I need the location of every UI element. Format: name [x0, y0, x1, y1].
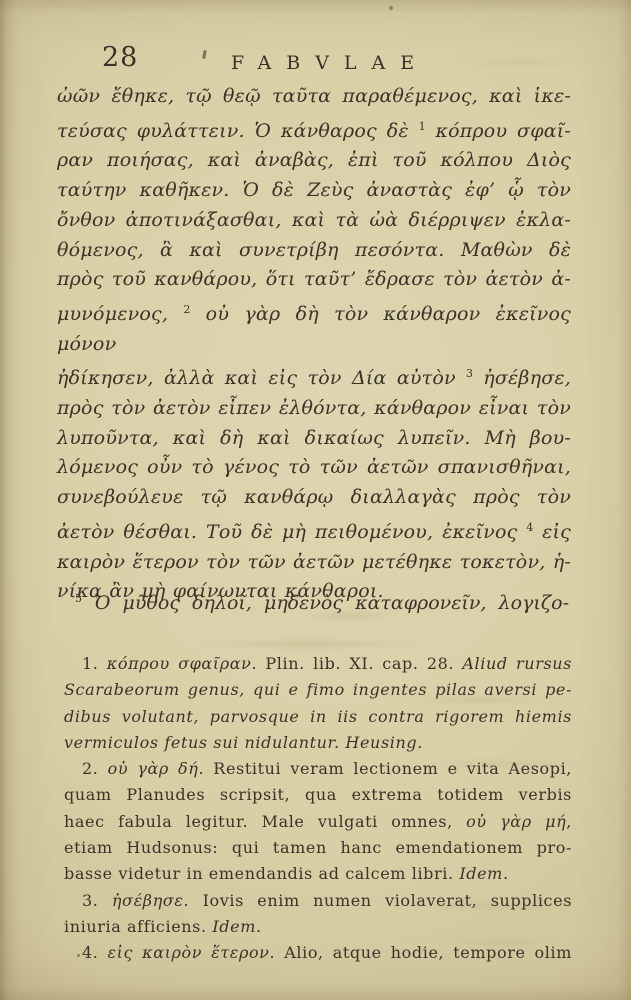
- text-line: πρὸς τοῦ κανθάρου, ὅτι ταῦτ’ ἔδρασε τὸν …: [57, 265, 571, 295]
- text-segment: Idem: [212, 917, 256, 936]
- text-segment: κόπρου σφαῖραν: [107, 654, 252, 673]
- text-segment: πρὸς τοῦ κανθάρου, ὅτι ταῦτ’ ἔδρασε τὸν …: [57, 268, 571, 290]
- text-segment: μυνόμενος,: [57, 303, 183, 325]
- text-segment: ,: [566, 812, 572, 831]
- footnote-reference-number: 3: [466, 367, 473, 380]
- text-segment: ἀετὸν θέσθαι. Τοῦ δὲ μὴ πειθομένου, ἐκεῖ…: [57, 521, 526, 543]
- text-segment: etiam Hudsonus: qui tamen hanc emendatio…: [64, 838, 572, 857]
- text-line: πρὸς τὸν ἀετὸν εἶπεν ἐλθόντα, κάνθαρον ε…: [57, 394, 571, 424]
- text-segment: πρὸς τὸν ἀετὸν εἶπεν ἐλθόντα, κάνθαρον ε…: [57, 397, 571, 419]
- text-segment: dibus volutant, parvosque in iis contra …: [64, 707, 572, 726]
- footnote: 2. οὐ γὰρ δή. Restitui veram lectionem e…: [64, 756, 572, 887]
- text-segment: iniuria afficiens.: [64, 917, 212, 936]
- text-line: haec fabula legitur. Male vulgati omnes,…: [64, 809, 572, 835]
- footnotes: 1. κόπρου σφαῖραν. Plin. lib. XI. cap. 2…: [64, 651, 572, 967]
- text-line: λυποῦντα, καὶ δὴ καὶ δικαίως λυπεῖν. Μὴ …: [57, 424, 571, 454]
- text-segment: . Restitui veram lectionem e vita Aesopi…: [198, 759, 572, 778]
- footnote: 4. εἰς καιρὸν ἕτερον. Alio, atque hodie,…: [64, 940, 572, 966]
- text-line: etiam Hudsonus: qui tamen hanc emendatio…: [64, 835, 572, 861]
- text-segment: . Plin. lib. XI. cap. 28.: [251, 654, 462, 673]
- text-line: ὄνθον ἀποτινάξασθαι, καὶ τὰ ὠὰ διέρριψεν…: [57, 206, 571, 236]
- text-segment: Ὁ μῦθος δηλοῖ, μηδενὸς καταφρονεῖν, λογι…: [82, 592, 569, 614]
- text-line: λόμενος οὖν τὸ γένος τὸ τῶν ἀετῶν σπανισ…: [57, 453, 571, 483]
- text-segment: ταύτην καθῆκεν. Ὁ δὲ Ζεὺς ἀναστὰς ἐφ’ ᾧ …: [57, 179, 571, 201]
- text-line: ἀετὸν θέσθαι. Τοῦ δὲ μὴ πειθομένου, ἐκεῖ…: [57, 513, 571, 548]
- text-line: 2. οὐ γὰρ δή. Restitui veram lectionem e…: [64, 756, 572, 782]
- text-segment: οὐ γὰρ μή: [466, 812, 566, 831]
- text-segment: haec fabula legitur. Male vulgati omnes,: [64, 812, 466, 831]
- ink-speck: [389, 6, 393, 10]
- text-segment: . Iovis enim numen violaverat, supplices: [184, 891, 573, 910]
- text-segment: ἠσέβησε: [112, 891, 184, 910]
- text-line: ἠδίκησεν, ἀλλὰ καὶ εἰς τὸν Δία αὐτὸν 3 ἠ…: [57, 359, 571, 394]
- scanned-book-page: { "page": { "number": "28", "running_tit…: [0, 0, 631, 1000]
- page-number: 28: [102, 42, 138, 73]
- text-line: iniuria afficiens. Idem.: [64, 914, 572, 940]
- text-segment: ἠδίκησεν, ἀλλὰ καὶ εἰς τὸν Δία αὐτὸν: [57, 367, 466, 389]
- text-line: ραν ποιήσας, καὶ ἀναβὰς, ἐπὶ τοῦ κόλπου …: [57, 146, 571, 176]
- text-segment: συνεβούλευε τῷ κανθάρῳ διαλλαγὰς πρὸς τὸ…: [57, 486, 571, 508]
- running-title: FABVLAE: [231, 52, 429, 74]
- text-line: καιρὸν ἕτερον τὸν τῶν ἀετῶν μετέθηκε τοκ…: [57, 548, 571, 578]
- text-segment: 1.: [82, 654, 107, 673]
- text-segment: τεύσας φυλάττειν. Ὁ κάνθαρος δὲ: [57, 120, 419, 142]
- text-line: 1. κόπρου σφαῖραν. Plin. lib. XI. cap. 2…: [64, 651, 572, 677]
- text-segment: ἠσέβησε,: [473, 367, 571, 389]
- text-segment: ὠῶν ἔθηκε, τῷ θεῷ ταῦτα παραθέμενος, καὶ…: [57, 85, 571, 107]
- text-segment: εἰς: [533, 521, 571, 543]
- text-line: θόμενος, ἃ καὶ συνετρίβη πεσόντα. Μαθὼν …: [57, 236, 571, 266]
- text-segment: Idem: [459, 864, 503, 883]
- text-line: 5 Ὁ μῦθος δηλοῖ, μηδενὸς καταφρονεῖν, λο…: [57, 584, 569, 619]
- text-segment: θόμενος, ἃ καὶ συνετρίβη πεσόντα. Μαθὼν …: [57, 239, 571, 261]
- text-segment: 3.: [82, 891, 112, 910]
- text-segment: basse videtur in emendandis ad calcem li…: [64, 864, 459, 883]
- text-segment: λυποῦντα, καὶ δὴ καὶ δικαίως λυπεῖν. Μὴ …: [57, 427, 571, 449]
- moral-text: 5 Ὁ μῦθος δηλοῖ, μηδενὸς καταφρονεῖν, λο…: [57, 584, 569, 619]
- text-segment: λόμενος οὖν τὸ γένος τὸ τῶν ἀετῶν σπανισ…: [57, 456, 571, 478]
- text-segment: Aliud rursus: [462, 654, 572, 673]
- text-line: τεύσας φυλάττειν. Ὁ κάνθαρος δὲ 1 κόπρου…: [57, 112, 571, 147]
- text-line: Scarabeorum genus, qui e fimo ingentes p…: [64, 677, 572, 703]
- footnote: 1. κόπρου σφαῖραν. Plin. lib. XI. cap. 2…: [64, 651, 572, 756]
- text-line: 3. ἠσέβησε. Iovis enim numen violaverat,…: [64, 888, 572, 914]
- text-segment: ὄνθον ἀποτινάξασθαι, καὶ τὰ ὠὰ διέρριψεν…: [57, 209, 571, 231]
- text-line: dibus volutant, parvosque in iis contra …: [64, 704, 572, 730]
- text-segment: .: [503, 864, 509, 883]
- fable-text: ὠῶν ἔθηκε, τῷ θεῷ ταῦτα παραθέμενος, καὶ…: [57, 82, 571, 607]
- text-line: ταύτην καθῆκεν. Ὁ δὲ Ζεὺς ἀναστὰς ἐφ’ ᾧ …: [57, 176, 571, 206]
- footnote: 3. ἠσέβησε. Iovis enim numen violaverat,…: [64, 888, 572, 941]
- text-line: vermiculos fetus sui nidulantur. Heusing…: [64, 730, 572, 756]
- footnote-reference-number: 1: [419, 120, 426, 133]
- text-segment: Scarabeorum genus, qui e fimo ingentes p…: [64, 680, 572, 699]
- text-segment: κόπρου σφαῖ-: [426, 120, 571, 142]
- text-line: quam Planudes scripsit, qua extrema toti…: [64, 782, 572, 808]
- text-segment: .: [256, 917, 262, 936]
- text-segment: 4.: [82, 943, 108, 962]
- text-segment: οὐ γὰρ δή: [108, 759, 199, 778]
- text-line: basse videtur in emendandis ad calcem li…: [64, 861, 572, 887]
- text-segment: vermiculos fetus sui nidulantur. Heusing…: [64, 733, 423, 752]
- text-line: 4. εἰς καιρὸν ἕτερον. Alio, atque hodie,…: [64, 940, 572, 966]
- footnote-reference-number: 5: [75, 592, 82, 605]
- text-segment: quam Planudes scripsit, qua extrema toti…: [64, 785, 572, 804]
- text-line: μυνόμενος, 2 οὐ γὰρ δὴ τὸν κάνθαρον ἐκεῖ…: [57, 295, 571, 359]
- text-segment: καιρὸν ἕτερον τὸν τῶν ἀετῶν μετέθηκε τοκ…: [57, 551, 571, 573]
- text-line: ὠῶν ἔθηκε, τῷ θεῷ ταῦτα παραθέμενος, καὶ…: [57, 82, 571, 112]
- text-segment: . Alio, atque hodie, tempore olim: [270, 943, 572, 962]
- text-segment: εἰς καιρὸν ἕτερον: [108, 943, 270, 962]
- text-segment: 2.: [82, 759, 108, 778]
- text-segment: ραν ποιήσας, καὶ ἀναβὰς, ἐπὶ τοῦ κόλπου …: [57, 149, 571, 171]
- text-line: συνεβούλευε τῷ κανθάρῳ διαλλαγὰς πρὸς τὸ…: [57, 483, 571, 513]
